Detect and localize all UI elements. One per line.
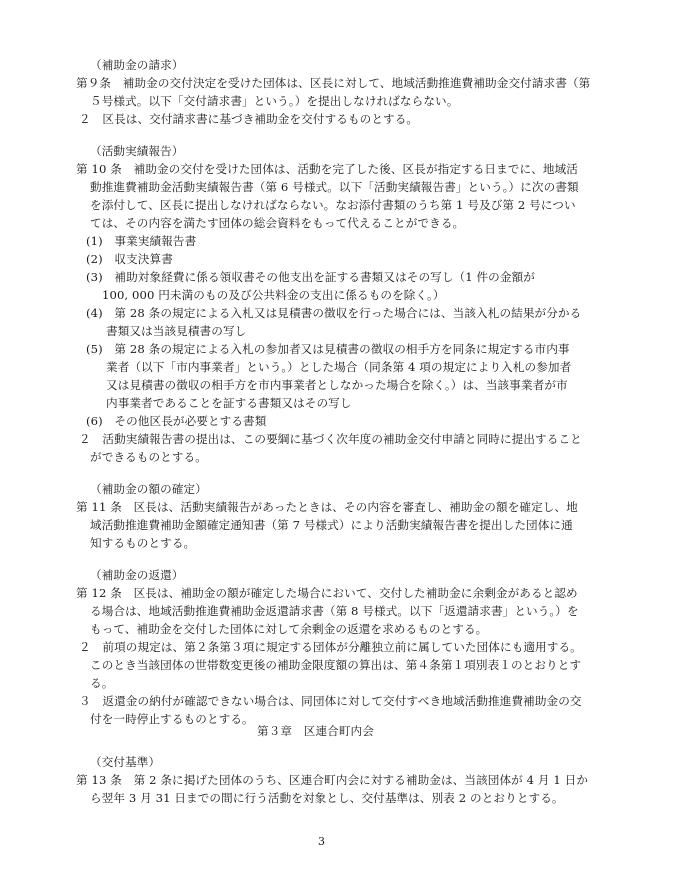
article-11-line-2: 域活動推進費補助金額確定通知書（第 7 号様式）により活動実績報告書を提出した団… xyxy=(90,517,573,533)
chapter-3-title: 第３章 区連合町内会 xyxy=(257,723,374,739)
article-9-para-2: ２ 区長は、交付請求書に基づき補助金を交付するものとする。 xyxy=(79,111,418,127)
article-10-line-1: 第 10 条 補助金の交付を受けた団体は、活動を完了した後、区長が指定する日まで… xyxy=(76,161,578,177)
article-13-line-1: 第 13 条 第 2 条に掲げた団体のうち、区連合町内会に対する補助金は、当該団… xyxy=(76,772,588,788)
article-10-item-5-line-2: 業者（以下「市内事業者」という。）とした場合（同条第 4 項の規定により入札の参… xyxy=(106,359,571,375)
article-12-line-1: 第 12 条 区長は、補助金の額が確定した場合において、交付した補助金に余剰金が… xyxy=(76,585,578,601)
article-12-para-3-line-1: ３ 返還金の納付が確認できない場合は、同団体に対して交付すべき地域活動推進費補助… xyxy=(79,693,582,709)
article-12-para-2-line-1: ２ 前項の規定は、第２条第３項に規定する団体が分離独立前に属していた団体にも適用… xyxy=(79,639,582,655)
article-10-line-4: ては、その内容を満たす団体の総会資料をもって代えることができる。 xyxy=(90,215,464,231)
article-10-item-3-line-1: (3) 補助対象経費に係る領収書その他支出を証する書類又はその写し（1 件の金額… xyxy=(86,269,535,285)
section-heading-activity-report: （活動実績報告） xyxy=(90,143,184,159)
section-heading-subsidy-request: （補助金の請求） xyxy=(90,57,184,73)
article-12-para-3-line-2: 付を一時停止するものとする。 xyxy=(90,711,254,727)
article-10-item-4-line-2: 書類又は当該見積書の写し xyxy=(106,323,246,339)
section-heading-subsidy-return: （補助金の返還） xyxy=(90,567,184,583)
article-10-para-2-line-1: ２ 活動実績報告書の提出は、この要綱に基づく次年度の補助金交付申請と同時に提出す… xyxy=(79,431,582,447)
article-10-item-5-line-1: (5) 第 28 条の規定による入札の参加者又は見積書の徴収の相手方を同条に規定… xyxy=(86,341,570,357)
article-10-item-2: (2) 収支決算書 xyxy=(86,251,173,267)
article-10-item-5-line-3: 又は見積書の徴収の相手方を市内事業者としなかった場合を除く。）は、当該事業者が市 xyxy=(106,377,568,393)
article-9-line-1: 第９条 補助金の交付決定を受けた団体は、区長に対して、地域活動推進費補助金交付請… xyxy=(76,75,590,91)
page-number: 3 xyxy=(318,834,325,850)
article-10-item-3-line-2: 100, 000 円未満のもの及び公共料金の支出に係るものを除く。） xyxy=(102,287,445,303)
article-10-item-1: (1) 事業実績報告書 xyxy=(86,233,196,249)
article-12-line-2: る場合は、地域活動推進費補助金返還請求書（第 8 号様式。以下「返還請求書」とい… xyxy=(90,603,579,619)
article-10-item-6: (6) その他区長が必要とする書類 xyxy=(86,413,266,429)
article-10-item-4-line-1: (4) 第 28 条の規定による入札又は見積書の徴収を行った場合には、当該入札の… xyxy=(86,305,581,321)
article-10-item-5-line-4: 内事業者であることを証する書類又はその写し xyxy=(106,395,352,411)
article-10-line-2: 動推進費補助金活動実績報告書（第 6 号様式。以下「活動実績報告書」という。）に… xyxy=(90,179,579,195)
article-12-para-2-line-3: る。 xyxy=(90,675,113,691)
article-11-line-1: 第 11 条 区長は、活動実績報告があったときは、その内容を審査し、補助金の額を… xyxy=(76,499,578,515)
article-12-para-2-line-2: このとき当該団体の世帯数変更後の補助金限度額の算出は、第４条第１項別表１のとおり… xyxy=(90,657,581,673)
article-10-para-2-line-2: ができるものとする。 xyxy=(90,449,207,465)
article-12-line-3: もって、補助金を交付した団体に対して余剰金の返還を求めるものとする。 xyxy=(90,621,487,637)
article-11-line-3: 知するものとする。 xyxy=(90,535,195,551)
section-heading-amount-confirmation: （補助金の額の確定） xyxy=(90,481,207,497)
section-heading-grant-criteria: （交付基準） xyxy=(90,754,160,770)
document-page: （補助金の請求） 第９条 補助金の交付決定を受けた団体は、区長に対して、地域活動… xyxy=(0,0,700,895)
article-9-line-2: ５号様式。以下「交付請求書」という。）を提出しなければならない。 xyxy=(90,93,458,109)
article-10-line-3: を添付して、区長に提出しなければならない。なお添付書類のうち第 1 号及び第 2… xyxy=(90,197,576,213)
article-13-line-2: ら翌年 3 月 31 日までの間に行う活動を対象とし、交付基準は、別表 2 のと… xyxy=(90,790,564,806)
